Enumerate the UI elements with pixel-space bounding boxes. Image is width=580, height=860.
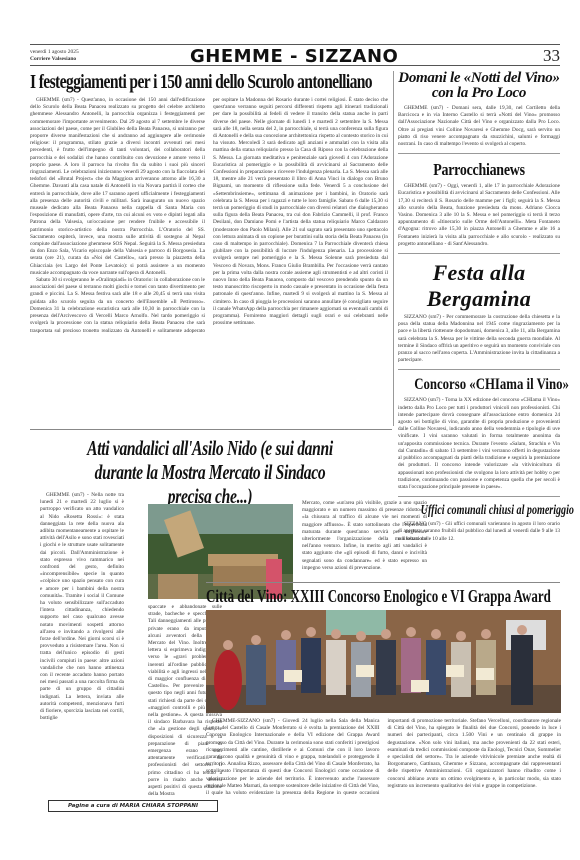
notti-headline: Domani le «Notti del Vino» con la Pro Lo… bbox=[398, 71, 560, 101]
masthead: venerdì 1 agosto 2025 Corriere Valsesian… bbox=[30, 44, 560, 66]
notti-body: GHEMME (sm7) - Domani sera, dalle 19,30,… bbox=[398, 105, 560, 148]
group-photo-icon bbox=[206, 610, 561, 713]
page-number: 33 bbox=[543, 46, 560, 66]
vandali-column-1: GHEMME (sm7) - Nella notte tra lunedì 21… bbox=[40, 492, 124, 723]
main-paragraph-1: GHEMME (sm7) - Quest'anno, in occasione … bbox=[30, 97, 205, 277]
divider bbox=[398, 153, 560, 154]
main-headline: I festeggiamenti per i 150 anni dello Sc… bbox=[30, 71, 309, 94]
divider bbox=[30, 429, 392, 430]
playground-photo-icon bbox=[148, 504, 293, 599]
festa-body: SIZZANO (sm7) - Per commemorare la costr… bbox=[398, 314, 560, 364]
divider bbox=[398, 369, 560, 370]
column-divider bbox=[393, 71, 394, 426]
concorso-body: SIZZANO (sm7) - Torna la XX edizione del… bbox=[398, 397, 560, 491]
vandali-column-3: Mercato, come «un'area più visibile, gra… bbox=[302, 500, 427, 572]
divider bbox=[398, 496, 560, 497]
newspaper-name: Corriere Valsesiano bbox=[30, 56, 76, 62]
parrocchianews-headline: Parrocchianews bbox=[413, 160, 546, 180]
divider bbox=[206, 582, 560, 583]
uffici-headline: Uffici comunali chiusi al pomeriggio bbox=[421, 503, 538, 519]
citta-vino-body: GHEMME-SIZZANO (sm7) - Giovedì 24 luglio… bbox=[206, 718, 561, 797]
page-credit: Pagine a cura di MARIA CHIARA STOPPANI bbox=[48, 800, 218, 812]
right-column: Domani le «Notti del Vino» con la Pro Lo… bbox=[398, 71, 560, 543]
issue-date: venerdì 1 agosto 2025 bbox=[30, 49, 79, 55]
festa-headline: Festa alla Bergamina bbox=[398, 260, 560, 312]
citta-vino-photo bbox=[206, 610, 561, 713]
vandali-photo bbox=[148, 504, 293, 599]
section-title: GHEMME - SIZZANO bbox=[190, 46, 398, 67]
citta-vino-headline: Città del Vino: XXIII Concorso Enologico… bbox=[206, 586, 462, 607]
parrocchianews-body: GHEMME (sm7) - Oggi, venerdì 1, alle 17 … bbox=[398, 183, 560, 248]
concorso-headline: Concorso «CHIama il Vino» bbox=[414, 376, 544, 394]
main-article-body: GHEMME (sm7) - Quest'anno, in occasione … bbox=[30, 97, 388, 335]
divider bbox=[398, 253, 560, 254]
